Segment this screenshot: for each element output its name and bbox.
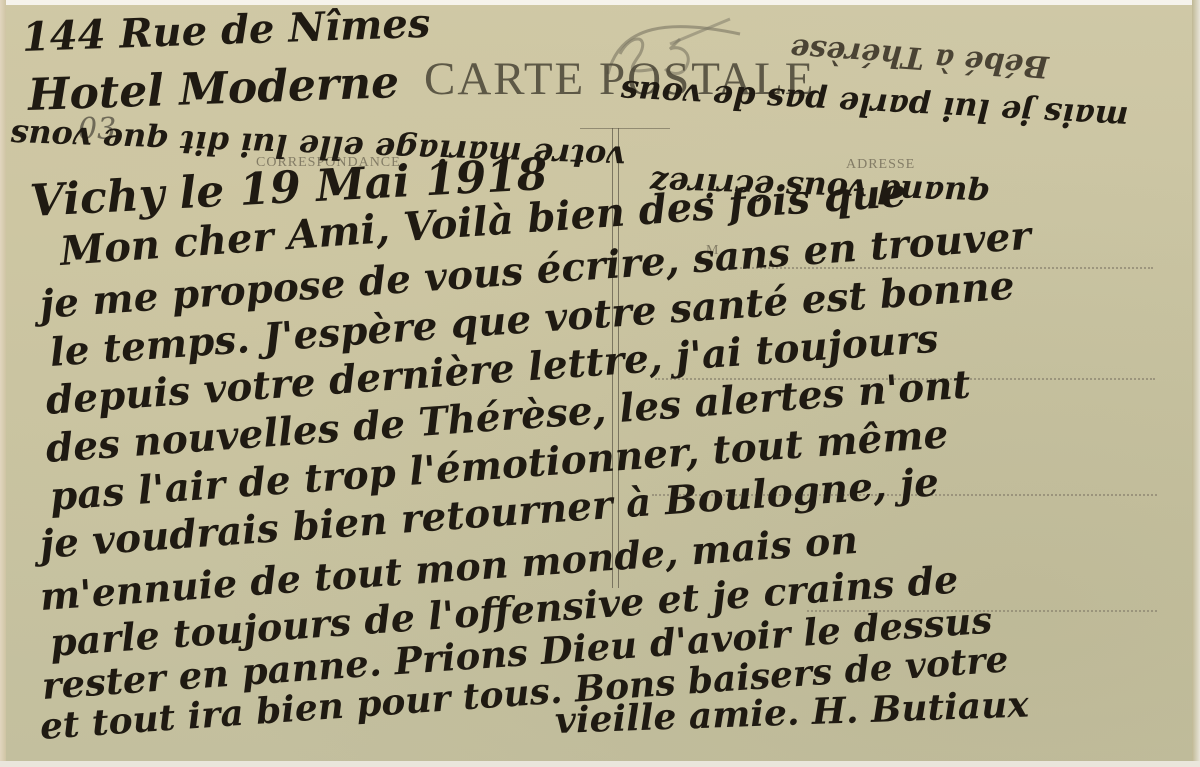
card-edge-bottom — [0, 761, 1200, 767]
upside-down-line: Bébé à Thérèse — [789, 31, 1050, 84]
card-edge-left — [0, 0, 6, 767]
upside-down-line: mais je lui parle pas de vous — [619, 73, 1129, 138]
card-edge-right — [1192, 0, 1200, 767]
title-rule — [580, 128, 670, 129]
postcard: CARTE POSTALE CORRESPONDANCE ADRESSE M 0… — [0, 0, 1200, 767]
card-edge-top — [0, 0, 1200, 5]
sender-address-line2: Hotel Moderne — [27, 57, 400, 121]
sender-address-line1: 144 Rue de Nîmes — [21, 0, 431, 61]
